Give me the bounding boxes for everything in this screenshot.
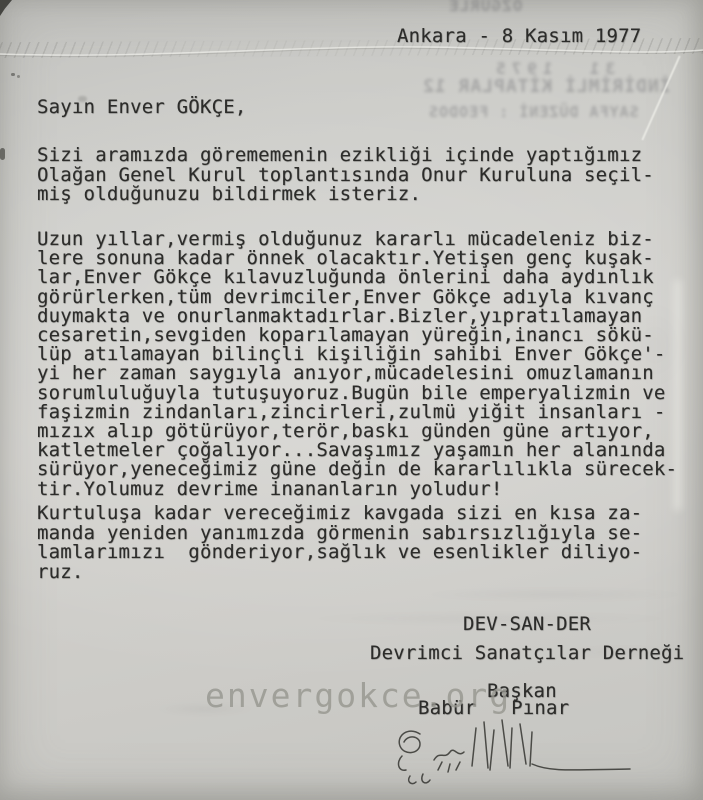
bleedthrough-smudge xyxy=(420,588,690,601)
site-watermark: envergokce.org xyxy=(205,676,511,715)
paragraph-2: Uzun yıllar,vermiş olduğunuz kararlı müc… xyxy=(37,230,677,499)
date-line: Ankara - 8 Kasım 1977 xyxy=(397,27,641,47)
scanned-letter-page: ÖZGÜRLE 31 1975 İNDİRİMLİ KİTAPLAR 12 SA… xyxy=(0,0,703,800)
letter-line: sorumluluğuyla tutuşuyoruz.Bugün bile em… xyxy=(37,384,677,403)
handwritten-signature xyxy=(390,712,635,792)
bleedthrough-text: ÖZGÜRLE xyxy=(448,0,522,15)
letter-line: Kurtuluşa kadar vereceğimiz kavgada sizi… xyxy=(37,504,642,524)
letter-line: görürlerken,tüm devrimciler,Enver Gökçe … xyxy=(37,288,677,307)
scan-speck xyxy=(17,75,20,78)
letter-line: sürüyor,yeneceğimiz güne değin de kararl… xyxy=(37,460,677,479)
scan-speck xyxy=(0,148,5,160)
letter-line: miş olduğunuzu bildirmek isteriz. xyxy=(37,185,654,205)
bleedthrough-text: İNDİRİMLİ KİTAPLAR 12 xyxy=(422,76,671,97)
letter-line: lar,Enver Gökçe kılavuzluğunda önlerini … xyxy=(37,268,677,287)
scan-speck xyxy=(0,0,12,16)
letter-line: tir.Yolumuz devrime inananların yoludur! xyxy=(37,480,677,499)
paragraph-1: Sizi aramızda görememenin ezikliği içind… xyxy=(37,146,654,205)
paper-crease-diagonal xyxy=(641,56,680,141)
scan-speck xyxy=(11,73,15,76)
letter-line: Sizi aramızda görememenin ezikliği içind… xyxy=(37,146,654,166)
organization-full-name: Devrimci Sanatçılar Derneği xyxy=(370,644,684,664)
paragraph-3: Kurtuluşa kadar vereceğimiz kavgada sizi… xyxy=(37,504,642,582)
salutation: Sayın Enver GÖKÇE, xyxy=(37,98,247,118)
letter-line: lamlarımızı gönderiyor,sağlık ve esenlik… xyxy=(37,543,642,563)
bleedthrough-text: SAYFA DÜZENİ : FEODOS xyxy=(428,103,639,121)
letter-line: ruz. xyxy=(37,563,642,583)
letter-line: yi her zaman saygıyla anıyor,mücadelesin… xyxy=(37,364,677,383)
organization-short-name: DEV-SAN-DER xyxy=(463,615,591,635)
